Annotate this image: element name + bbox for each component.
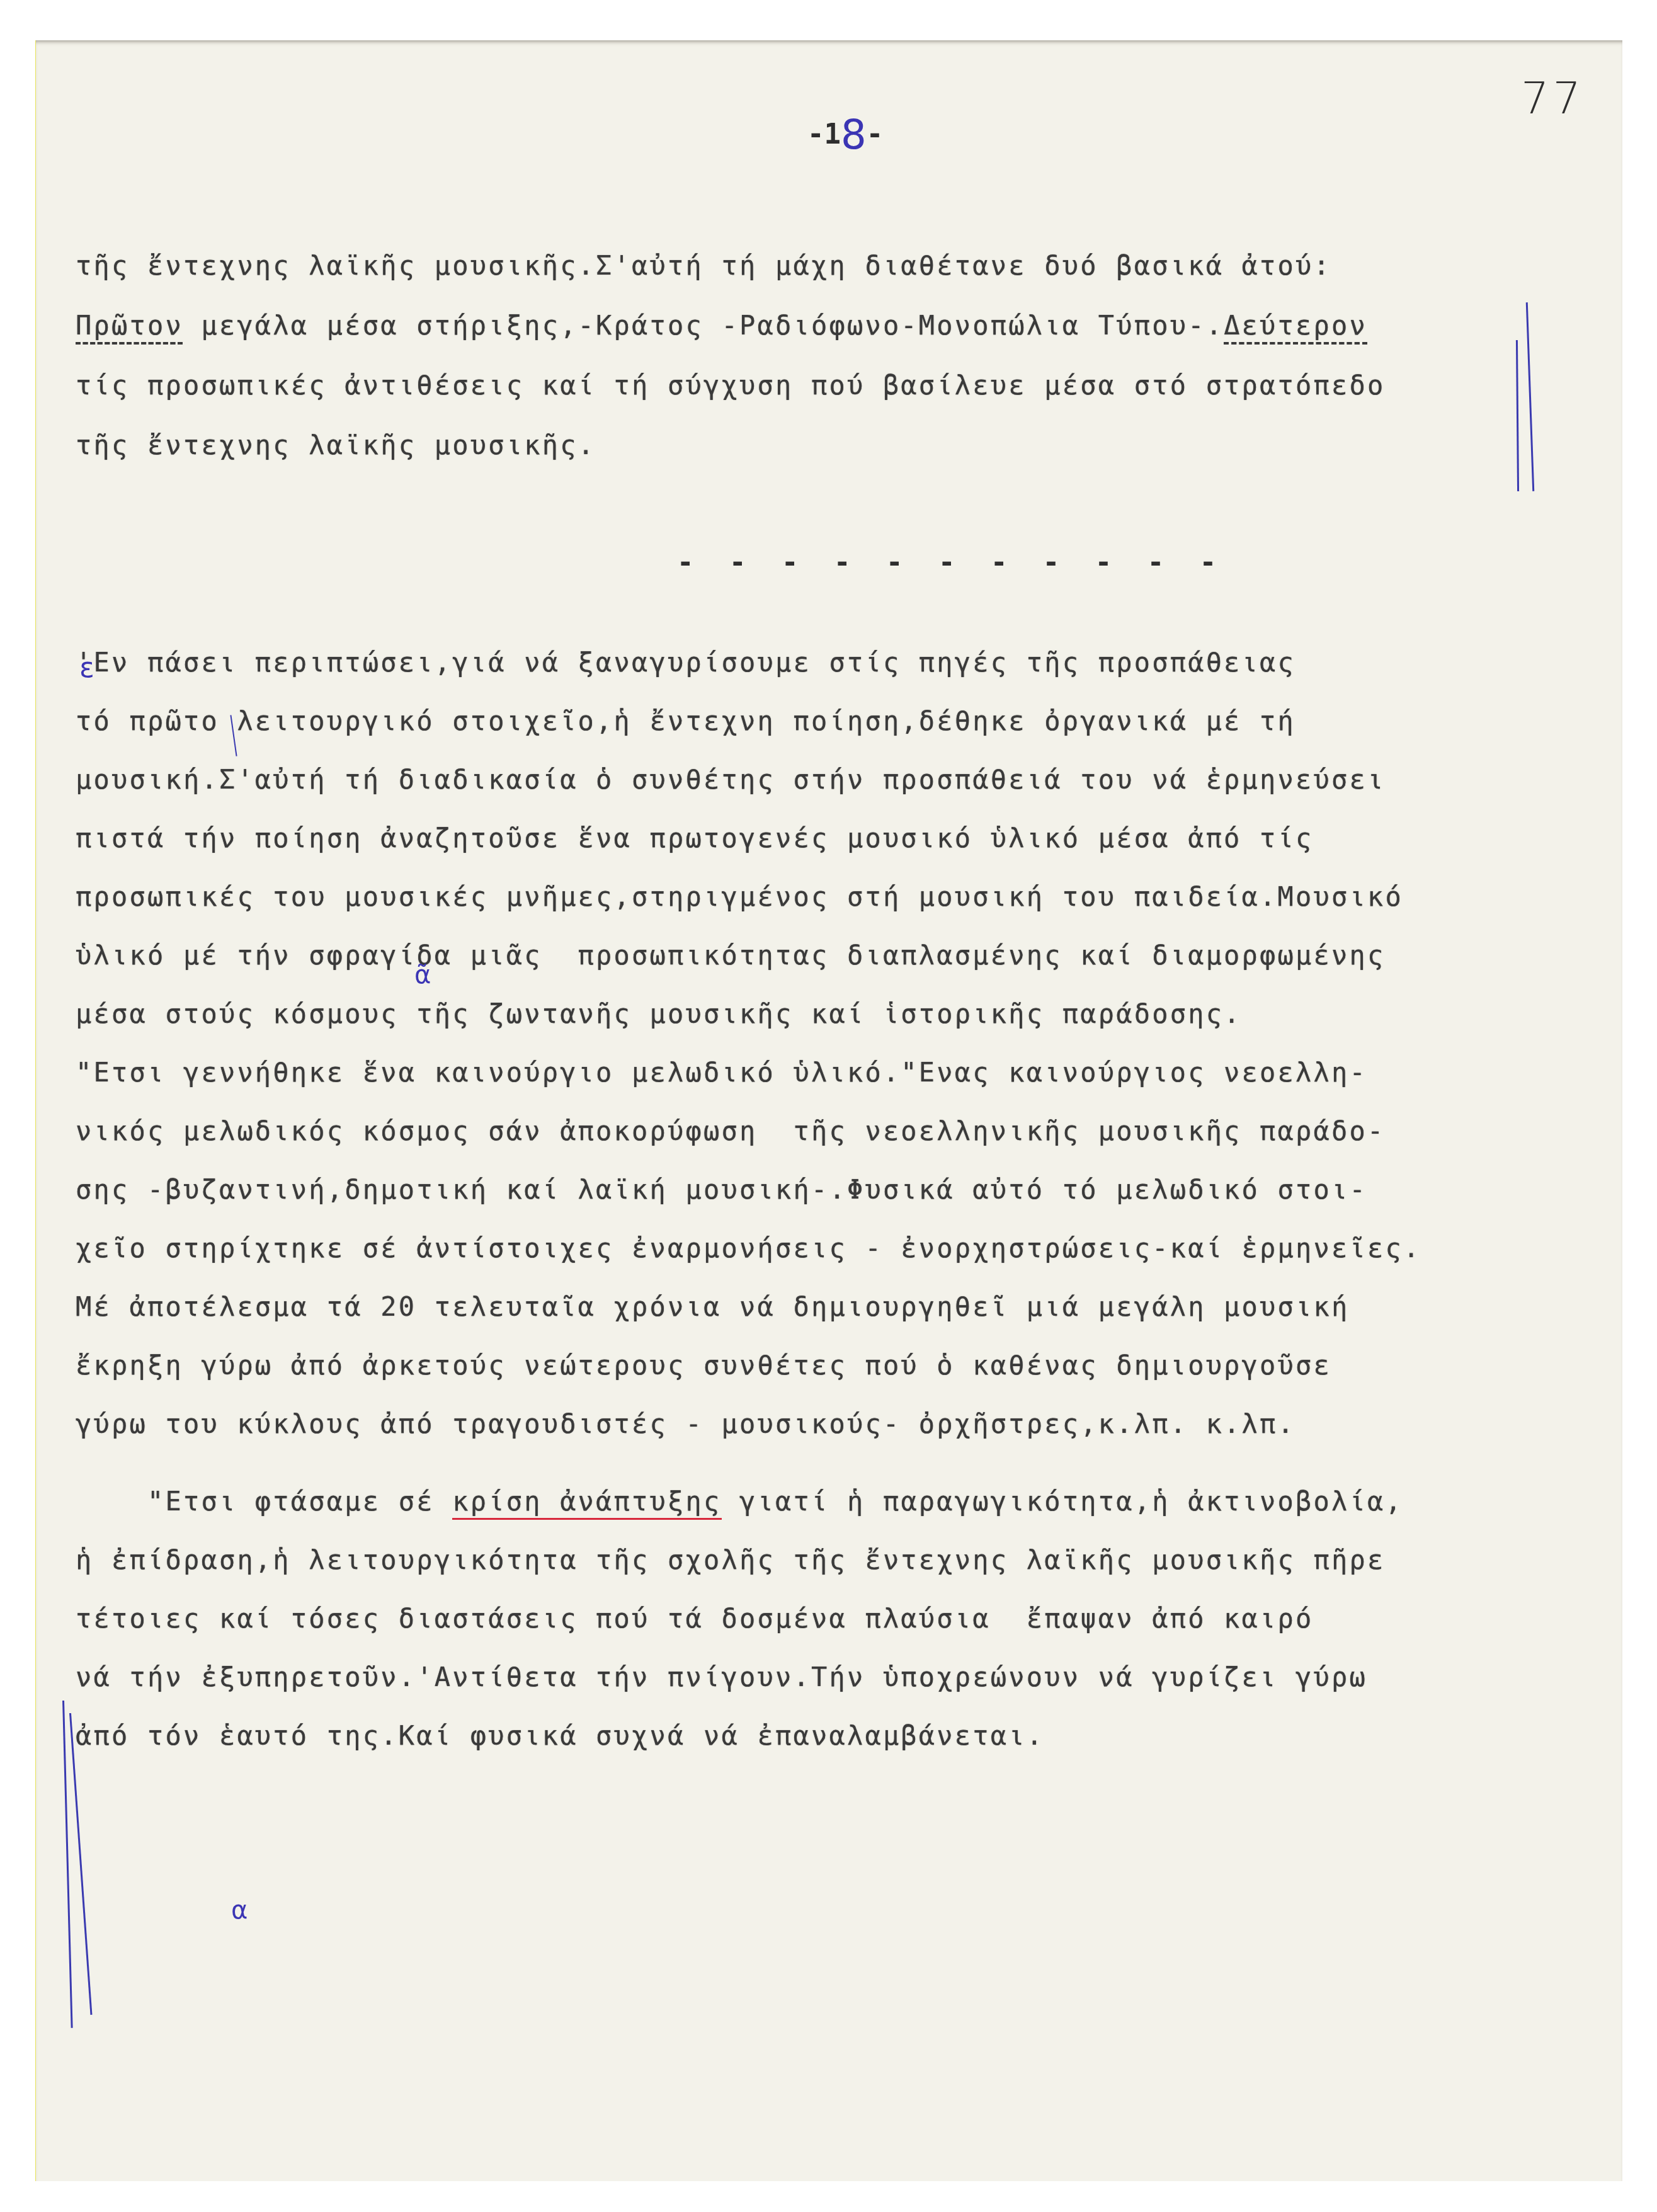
- handwritten-epsilon-correction: ε: [79, 652, 94, 684]
- text-line: τίς προσωπικές ἀντιθέσεις καί τή σύγχυση…: [76, 367, 1386, 404]
- handwritten-page-correction: 8: [841, 112, 867, 159]
- text-line: Πρῶτον μεγάλα μέσα στήριξης,-Κράτος -Ραδ…: [76, 307, 1367, 345]
- text-line: τέτοιες καί τόσες διαστάσεις πού τά δοσμ…: [76, 1600, 1314, 1638]
- text-line: ὑλικό μέ τήν σφραγίδα μιᾶς προσωπικότητα…: [76, 937, 1386, 974]
- typed-page-number: -18-: [807, 107, 883, 154]
- text-line: "Ετσι φτάσαμε σέ κρίση ἀνάπτυξης γιατί ἡ…: [76, 1483, 1403, 1520]
- text-line: "Ετσι γεννήθηκε ἕνα καινούργιο μελωδικό …: [76, 1054, 1367, 1092]
- handwritten-alpha-correction: α: [231, 1896, 248, 1925]
- text-line: ἔκρηξη γύρω ἀπό ἀρκετούς νεώτερους συνθέ…: [76, 1347, 1331, 1384]
- underlined-word: Πρῶτον: [76, 310, 183, 341]
- text-line: μέσα στούς κόσμους τῆς ζωντανῆς μουσικῆς…: [76, 995, 1242, 1033]
- archive-page-number: 77: [1521, 72, 1585, 124]
- text-line: Μέ ἀποτέλεσμα τά 20 τελευταῖα χρόνια νά …: [76, 1288, 1350, 1326]
- text-line: ἡ ἐπίδραση,ἡ λειτουργικότητα τῆς σχολῆς …: [76, 1541, 1386, 1579]
- text-line: τῆς ἔντεχνης λαϊκῆς μουσικῆς.: [76, 426, 596, 464]
- text-line: μουσική.Σ'αὐτή τή διαδικασία ὁ συνθέτης …: [76, 761, 1386, 799]
- text-line: χεῖο στηρίχτηκε σέ ἀντίστοιχες ἐναρμονήσ…: [76, 1229, 1421, 1267]
- text-line: 'Εν πάσει περιπτώσει,γιά νά ξαναγυρίσουμ…: [76, 644, 1295, 681]
- handwritten-mias-correction: ᾶ: [414, 961, 431, 989]
- red-underlined-phrase: κρίση ἀνάπτυξης: [452, 1486, 721, 1520]
- section-separator: - - - - - - - - - - -: [677, 547, 1226, 579]
- text-line: προσωπικές του μουσικές μνῆμες,στηριγμέν…: [76, 878, 1403, 916]
- typewritten-page: [35, 40, 1622, 2181]
- text-line: γύρω του κύκλους ἀπό τραγουδιστές - μουσ…: [76, 1405, 1295, 1443]
- text-line: πιστά τήν ποίηση ἀναζητοῦσε ἕνα πρωτογεν…: [76, 819, 1314, 857]
- text-line: σης -βυζαντινή,δημοτική καί λαϊκή μουσικ…: [76, 1171, 1367, 1209]
- underlined-word: Δεύτερον: [1224, 310, 1367, 341]
- text-line: ἀπό τόν ἑαυτό της.Καί φυσικά συχνά νά ἐπ…: [76, 1717, 1044, 1755]
- text-line: τό πρῶτο λειτουργικό στοιχεῖο,ἡ ἔντεχνη …: [76, 702, 1295, 740]
- text-line: τῆς ἔντεχνης λαϊκῆς μουσικῆς.Σ'αὐτή τή μ…: [76, 247, 1331, 285]
- text-line: νά τήν ἐξυπηρετοῦν.'Αντίθετα τήν πνίγουν…: [76, 1658, 1367, 1696]
- text-line: νικός μελωδικός κόσμος σάν ἀποκορύφωση τ…: [76, 1112, 1386, 1150]
